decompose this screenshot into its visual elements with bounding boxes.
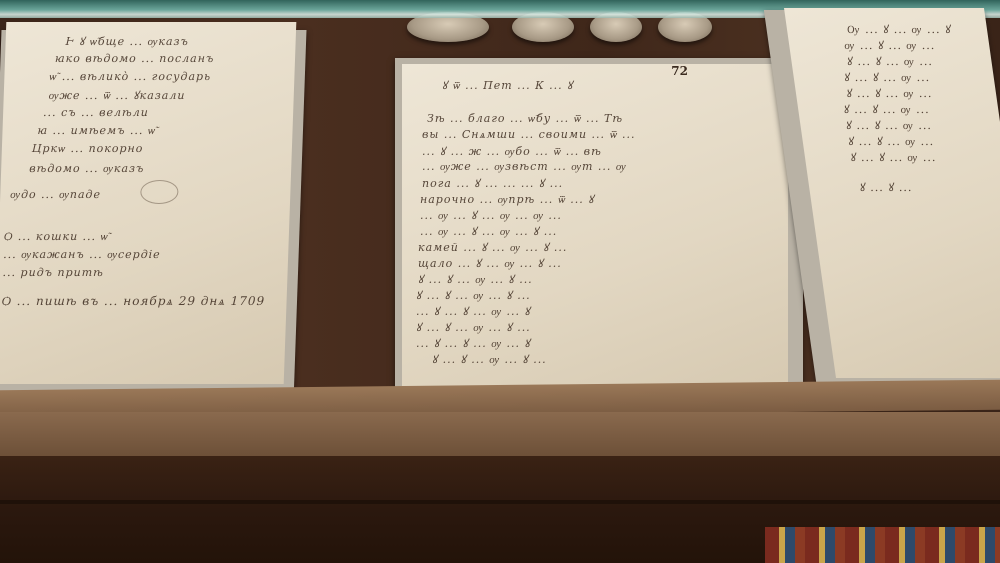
text-line: вы ... Снѧмши ... своими ... ѿ ... <box>422 128 636 141</box>
text-line: ꙋ ... ꙋ ... ѹ ... <box>845 86 933 101</box>
text-line: ꙗ ... имѣемъ ... ѡ̃ <box>37 124 156 137</box>
case-frame-lower-rail <box>0 412 1000 456</box>
text-line: Ѻ ... кошки ... ѡ̃ <box>4 230 109 243</box>
text-line: ꙋ ... ꙋ ... ѹ ... ꙋ ... <box>416 320 531 335</box>
header-line: ꙋ ѿ ... Пет ... К ... ꙋ <box>442 78 573 93</box>
text-line: ... ридъ притѣ <box>2 266 104 279</box>
text-line: нарочно ... ѹпрѣ ... ѿ ... ꙋ <box>420 192 594 207</box>
text-line: ꙋ ... ꙋ ... ѹ ... ꙋ ... <box>432 352 547 367</box>
text-line: ... ꙋ ... ꙋ ... ѹ ... ꙋ <box>416 304 531 319</box>
text-line: ... ѹ ... ꙋ ... ѹ ... ꙋ ... <box>420 224 557 239</box>
cabinet-groove <box>0 500 1000 504</box>
patterned-rug <box>765 527 1000 563</box>
text-line: ꙋ ... ꙋ ... ѹ ... <box>843 70 931 85</box>
text-line: ѹдо ... ѹпаде <box>10 188 101 201</box>
text-line: ꙋ ... ꙋ ... ѹ ... <box>849 150 937 165</box>
text-line: вѣдомо ... ѹказъ <box>29 162 145 175</box>
text-line: ꙗко вѣдомо ... посланъ <box>55 52 215 65</box>
date-line: Ѻ ... пишѣ въ ... ноябрѧ 29 днѧ 1709 <box>1 294 265 309</box>
text-line: Ѹ ... ꙋ ... ѹ ... ꙋ <box>846 22 952 37</box>
text-line: ꙋ ... ꙋ ... <box>858 180 913 195</box>
text-line: Цркѡ ... покорно <box>32 142 144 155</box>
text-line: ꙋ ... ꙋ ... ѹ ... <box>842 102 930 117</box>
text-line: ꙋ ... ꙋ ... ѹ ... ꙋ ... <box>418 272 533 287</box>
text-line: ... съ ... велѣли <box>43 106 149 119</box>
text-line: ѡ̃ ... вѣлико̀ ... государь <box>49 70 211 83</box>
text-line: ... ѹже ... ѹзвѣст ... ѹт ... ѹ <box>422 160 627 173</box>
text-line: ... ѹ ... ꙋ ... ѹ ... ѹ ... <box>420 208 562 223</box>
text-line: ꙋ ... ꙋ ... ѹ ... <box>847 134 935 149</box>
text-line: Зѣ ... благо ... ѡ̃бу ... ѿ ... Тѣ <box>427 112 623 125</box>
text-line: ѹ ... ꙋ ... ѹ ... <box>843 38 936 53</box>
seal-stamp <box>140 180 179 204</box>
text-line: ꙋ ... ꙋ ... ѹ ... <box>844 118 932 133</box>
text-line: ꙋ ... ꙋ ... ѹ ... ꙋ ... <box>416 288 531 303</box>
text-line: пога ... ꙋ ... ... ... ꙋ ... <box>422 176 563 191</box>
left-document: Ͱ ꙋ ѡ̃бще ... ѹказъ ꙗко вѣдомо ... посла… <box>0 22 296 384</box>
text-line: ... ѹкажанъ ... ѹсердіе <box>3 248 161 261</box>
center-document: 72 ꙋ ѿ ... Пет ... К ... ꙋ Зѣ ... благо … <box>402 64 788 390</box>
text-line: Ͱ ꙋ ѡ̃бще ... ѹказъ <box>65 34 189 49</box>
text-line: ꙋ ... ꙋ ... ѹ ... <box>845 54 933 69</box>
text-line: ... ꙋ ... ꙋ ... ѹ ... ꙋ <box>416 336 531 351</box>
text-line: ... ꙋ ... ж ... ѹбо ... ѿ ... вѣ <box>422 144 602 159</box>
text-line: щало ... ꙋ ... ѹ ... ꙋ ... <box>418 256 562 271</box>
text-line: камей ... ꙋ ... ѹ ... ꙋ ... <box>418 240 567 255</box>
text-line: ѹже ... ѿ ... ꙋказали <box>48 88 185 103</box>
page-number: 72 <box>671 64 688 78</box>
